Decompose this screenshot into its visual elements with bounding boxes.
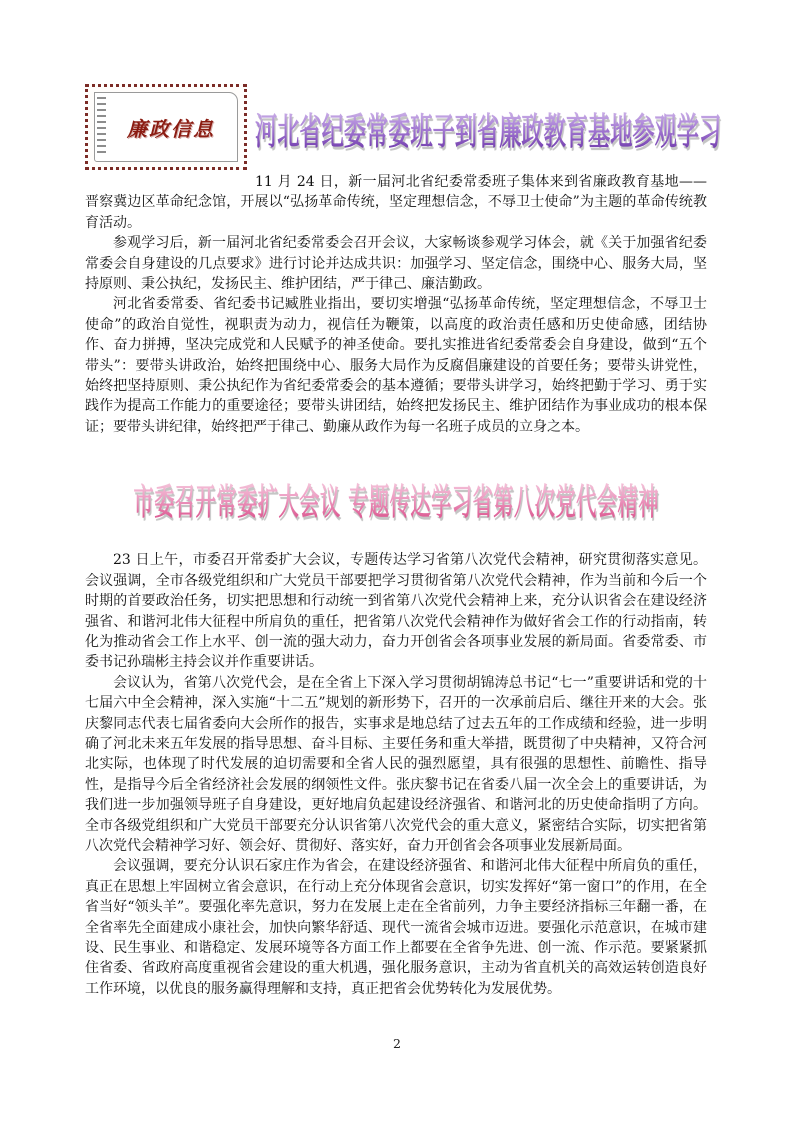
document-page: 廉政信息 河北省纪委常委班子到省廉政教育基地参观学习 11 月 24 日，新一届…	[0, 0, 794, 1123]
page-number: 2	[0, 1036, 794, 1051]
article1-paragraph-3: 河北省委常委、省纪委书记臧胜业指出，要切实增强“弘扬革命传统，坚定理想信念，不辱…	[85, 294, 707, 437]
masthead-logo: 廉政信息	[85, 84, 255, 180]
article1-paragraph-1: 11 月 24 日，新一届河北省纪委常委班子集体来到省廉政教育基地——晋察冀边区…	[85, 172, 707, 233]
article2-paragraph-3: 会议强调，要充分认识石家庄作为省会，在建设经济强省、和谐河北伟大征程中所肩负的重…	[85, 856, 707, 999]
masthead-notepad: 廉政信息	[94, 92, 238, 162]
article1-title: 河北省纪委常委班子到省廉政教育基地参观学习	[255, 84, 707, 172]
masthead-logo-dotted-frame: 廉政信息	[85, 84, 247, 170]
spiral-binding-icon	[97, 97, 106, 157]
article2-paragraph-1: 23 日上午，市委召开常委扩大会议，专题传达学习省第八次党代会精神，研究贯彻落实…	[85, 550, 707, 672]
article1-paragraph-2: 参观学习后，新一届河北省纪委常委会召开会议，大家畅谈参观学习体会，就《关于加强省…	[85, 233, 707, 294]
article1-title-text: 河北省纪委常委班子到省廉政教育基地参观学习	[255, 101, 721, 155]
article2-title-text: 市委召开常委扩大会议 专题传达学习省第八次党代会精神	[133, 474, 659, 525]
article2-title: 市委召开常委扩大会议 专题传达学习省第八次党代会精神	[85, 464, 707, 534]
page-content: 廉政信息 河北省纪委常委班子到省廉政教育基地参观学习 11 月 24 日，新一届…	[85, 84, 707, 999]
masthead-logo-text: 廉政信息	[117, 113, 215, 142]
article2-paragraph-2: 会议认为，省第八次党代会，是在全省上下深入学习贯彻胡锦涛总书记“七一”重要讲话和…	[85, 673, 707, 857]
